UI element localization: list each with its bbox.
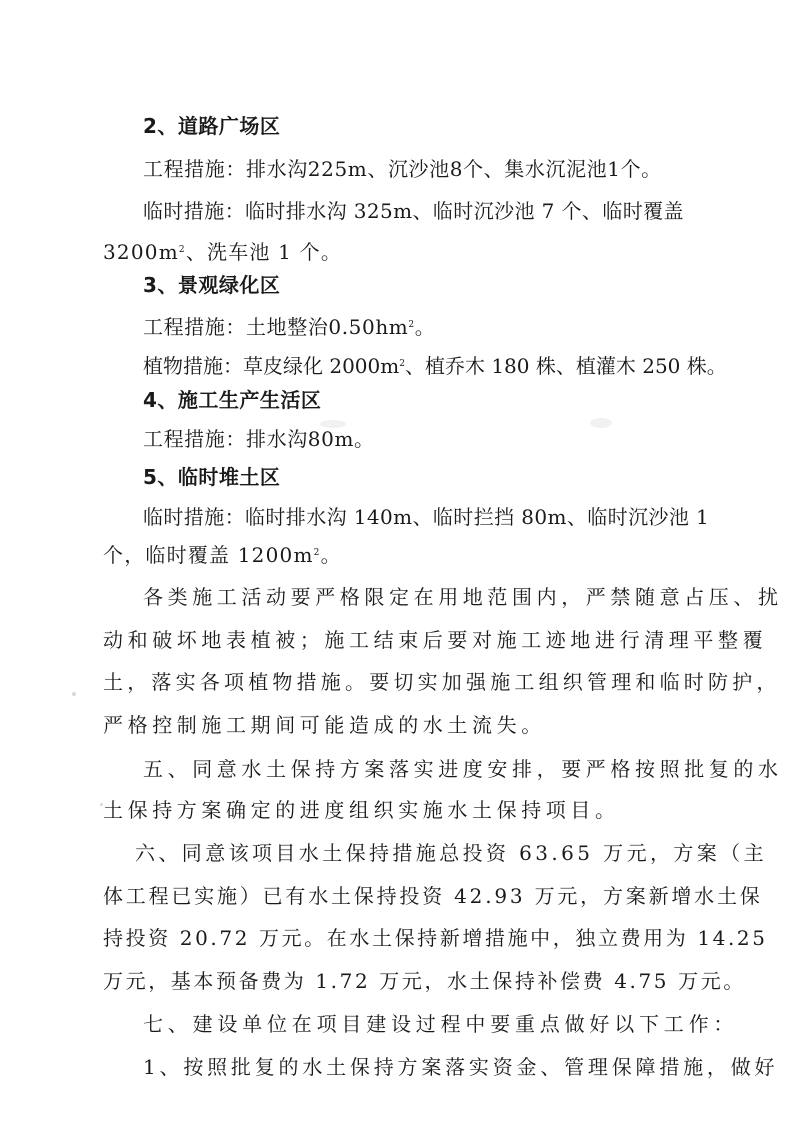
paragraph-line: 1、按照批复的水土保持方案落实资金、管理保障措施，做好: [143, 1053, 778, 1081]
superscript: 2: [399, 359, 405, 369]
paragraph-line: 各类施工活动要严格限定在用地范围内，严禁随意占压、扰: [143, 583, 783, 611]
temporary-measures-continued: 3200m2、洗车池 1 个。: [103, 238, 342, 266]
engineering-measures-line: 工程措施：排水沟225m、沉沙池8个、集水沉泥池1个。: [143, 155, 662, 183]
text-fragment: 工程措施：土地整治0.50hm: [143, 315, 408, 339]
text-fragment: 个，临时覆盖 1200m: [103, 543, 314, 567]
paragraph-line: 土，落实各项植物措施。要切实加强施工组织管理和临时防护，: [103, 668, 781, 696]
section-heading-road-plaza: 2、道路广场区: [143, 112, 280, 140]
paragraph-line: 体工程已实施）已有水土保持投资 42.93 万元，方案新增水土保: [103, 882, 763, 910]
paragraph-line: 持投资 20.72 万元。在水土保持新增措施中，独立费用为 14.25: [103, 924, 768, 952]
temporary-measures-line: 临时措施：临时排水沟 140m、临时拦挡 80m、临时沉沙池 1: [143, 503, 709, 531]
superscript: 2: [314, 548, 321, 558]
scan-artifact: [100, 803, 103, 806]
paragraph-line: 五、同意水土保持方案落实进度安排，要严格按照批复的水: [143, 755, 783, 783]
paragraph-line: 土保持方案确定的进度组织实施水土保持项目。: [103, 796, 620, 824]
text-fragment: 。: [415, 315, 436, 339]
plant-measures-line: 植物措施：草皮绿化 2000m2、植乔木 180 株、植灌木 250 株。: [143, 352, 727, 380]
scan-artifact: [320, 420, 346, 428]
section-heading-landscape: 3、景观绿化区: [143, 271, 280, 299]
scan-artifact: [72, 692, 76, 696]
scan-artifact: [590, 418, 612, 428]
text-fragment: 、植乔木 180 株、植灌木 250 株。: [405, 354, 727, 378]
text-fragment: 植物措施：草皮绿化 2000m: [143, 354, 399, 378]
engineering-measures-line: 工程措施：土地整治0.50hm2。: [143, 313, 435, 341]
temporary-measures-continued: 个，临时覆盖 1200m2。: [103, 541, 342, 569]
engineering-measures-line: 工程措施：排水沟80m。: [143, 425, 375, 453]
superscript: 2: [179, 245, 186, 255]
area-value: 3200m: [103, 240, 179, 264]
paragraph-line: 七、建设单位在项目建设过程中要重点做好以下工作：: [143, 1010, 738, 1038]
section-heading-temporary-soil: 5、临时堆土区: [143, 463, 280, 491]
paragraph-line: 严格控制施工期间可能造成的水土流失。: [103, 711, 546, 739]
text-fragment: 。: [321, 543, 342, 567]
temporary-measures-line: 临时措施：临时排水沟 325m、临时沉沙池 7 个、临时覆盖: [143, 197, 684, 225]
superscript: 2: [408, 320, 414, 330]
document-page: 2、道路广场区 工程措施：排水沟225m、沉沙池8个、集水沉泥池1个。 临时措施…: [0, 0, 793, 1122]
paragraph-line: 六、同意该项目水土保持措施总投资 63.65 万元，方案（主: [135, 839, 767, 867]
paragraph-line: 万元，基本预备费为 1.72 万元，水土保持补偿费 4.75 万元。: [103, 967, 746, 995]
text-fragment: 、洗车池 1 个。: [186, 240, 342, 264]
paragraph-line: 动和破坏地表植被；施工结束后要对施工迹地进行清理平整覆: [103, 626, 767, 654]
section-heading-construction-living: 4、施工生产生活区: [143, 386, 321, 414]
